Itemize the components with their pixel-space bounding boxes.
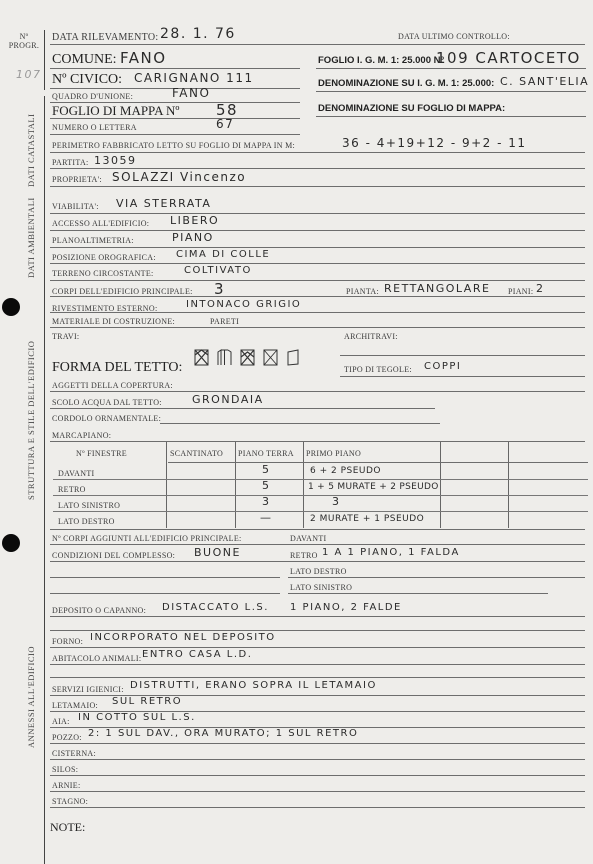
finestre-table: Nº FINESTRE SCANTINATO PIANO TERRA PRIMO… bbox=[48, 442, 588, 528]
divider bbox=[50, 630, 585, 631]
letamaio-label: LETAMAIO: bbox=[52, 701, 98, 710]
col-divider bbox=[508, 442, 509, 528]
forma-tetto-label: FORMA DEL TETTO: bbox=[52, 360, 182, 376]
table-row-label: RETRO bbox=[58, 485, 86, 494]
table-row-label: LATO DESTRO bbox=[58, 517, 115, 526]
divider bbox=[168, 462, 588, 463]
divider bbox=[160, 423, 440, 424]
divider bbox=[50, 152, 585, 153]
cisterna-label: CISTERNA: bbox=[52, 749, 96, 758]
posizione-label: POSIZIONE OROGRAFICA: bbox=[52, 253, 156, 262]
table-cell-primo-piano[interactable]: 3 bbox=[332, 495, 341, 508]
roof-pyramid-icon[interactable] bbox=[263, 349, 278, 366]
table-row-label: DAVANTI bbox=[58, 469, 94, 478]
data-rilevamento-label: DATA RILEVAMENTO: bbox=[52, 32, 158, 43]
table-header-piano-terra: PIANO TERRA bbox=[238, 449, 294, 458]
stagno-label: STAGNO: bbox=[52, 797, 88, 806]
divider bbox=[50, 616, 585, 617]
pozzo-value[interactable]: 2: 1 SUL DAV., ORA MURATO; 1 SUL RETRO bbox=[88, 728, 358, 739]
architravi-label: ARCHITRAVI: bbox=[344, 332, 398, 341]
comune-value[interactable]: FANO bbox=[120, 49, 167, 67]
divider bbox=[50, 647, 585, 648]
quadro-label: QUADRO D'UNIONE: bbox=[52, 92, 133, 101]
divider bbox=[50, 391, 585, 392]
tegole-value[interactable]: COPPI bbox=[424, 361, 461, 372]
divider bbox=[50, 44, 585, 45]
section-struttura: STRUTTURA E STILE DELL'EDIFICIO bbox=[26, 341, 36, 500]
partita-label: PARTITA: bbox=[52, 158, 89, 167]
aggiunti-retro-label: RETRO bbox=[290, 551, 318, 560]
pianta-label: PIANTA: bbox=[346, 287, 379, 296]
letamaio-value[interactable]: SUL RETRO bbox=[112, 696, 182, 707]
perimetro-value[interactable]: 36 - 4+19+12 - 9+2 - 11 bbox=[342, 136, 527, 150]
accesso-value[interactable]: LIBERO bbox=[170, 214, 219, 227]
col-divider bbox=[303, 442, 304, 528]
civico-label: Nº CIVICO: bbox=[52, 72, 122, 88]
divider bbox=[50, 327, 585, 328]
aia-value[interactable]: IN COTTO SUL L.S. bbox=[78, 712, 196, 723]
terreno-label: TERRENO CIRCOSTANTE: bbox=[52, 269, 154, 278]
forno-label: FORNO: bbox=[52, 637, 83, 646]
abitacolo-label: ABITACOLO ANIMALI: bbox=[52, 654, 141, 663]
punch-hole bbox=[2, 298, 20, 316]
forno-value[interactable]: INCORPORATO NEL DEPOSITO bbox=[90, 632, 276, 643]
divider bbox=[50, 743, 585, 744]
divider bbox=[50, 759, 585, 760]
divider bbox=[50, 213, 585, 214]
table-cell-piano-terra[interactable]: 3 bbox=[262, 495, 271, 508]
arnie-label: ARNIE: bbox=[52, 781, 80, 790]
cordolo-label: CORDOLO ORNAMENTALE: bbox=[52, 414, 161, 423]
divider bbox=[288, 593, 548, 594]
divider bbox=[316, 68, 586, 69]
divider bbox=[50, 561, 585, 562]
marcapiano-label: MARCAPIANO: bbox=[52, 431, 111, 440]
roof-hipped-crossed-icon[interactable] bbox=[194, 349, 209, 366]
aggiunti-lato-destro-label: LATO DESTRO bbox=[290, 567, 347, 576]
materiale-value: PARETI bbox=[210, 317, 239, 326]
travi-label: TRAVI: bbox=[52, 332, 79, 341]
scolo-value[interactable]: GRONDAIA bbox=[192, 393, 264, 406]
table-cell-piano-terra[interactable]: 5 bbox=[262, 479, 271, 492]
aggetti-label: AGGETTI DELLA COPERTURA: bbox=[52, 381, 173, 390]
roof-gable-icon[interactable] bbox=[217, 349, 232, 366]
pianta-value[interactable]: RETTANGOLARE bbox=[384, 282, 490, 295]
numero-value[interactable]: 67 bbox=[216, 117, 234, 131]
roof-pavilion-crossed-icon[interactable] bbox=[240, 349, 255, 366]
table-header-scantinato: SCANTINATO bbox=[170, 449, 223, 458]
divider bbox=[50, 529, 585, 530]
divider bbox=[50, 118, 300, 119]
aggiunti-retro-value[interactable]: 1 A 1 PIANO, 1 FALDA bbox=[322, 547, 460, 558]
civico-value[interactable]: CARIGNANO 111 bbox=[134, 71, 254, 85]
divider bbox=[50, 544, 585, 545]
divider bbox=[50, 677, 585, 678]
denom-mappa-label: DENOMINAZIONE SU FOGLIO DI MAPPA: bbox=[318, 103, 505, 114]
aia-label: AIA: bbox=[52, 717, 70, 726]
note-label: NOTE: bbox=[50, 820, 85, 835]
divider bbox=[316, 116, 586, 117]
perimetro-label: PERIMETRO FABBRICATO LETTO SU FOGLIO DI … bbox=[52, 141, 295, 150]
viabilita-value[interactable]: VIA STERRATA bbox=[116, 197, 211, 210]
foglio-igm-label: FOGLIO I. G. M. 1: 25.000 Nº bbox=[318, 55, 444, 66]
pozzo-label: POZZO: bbox=[52, 733, 82, 742]
aggiunti-davanti-label: DAVANTI bbox=[290, 534, 326, 543]
divider bbox=[340, 376, 585, 377]
survey-form-page: Nº PROGR. 107 DATA RILEVAMENTO: 28. 1. 7… bbox=[0, 0, 593, 864]
accesso-label: ACCESSO ALL'EDIFICIO: bbox=[52, 219, 149, 228]
foglio-mappa-label: FOGLIO DI MAPPA Nº bbox=[52, 103, 179, 119]
servizi-label: SERVIZI IGIENICI: bbox=[52, 685, 124, 694]
table-cell-piano-terra[interactable]: — bbox=[260, 511, 273, 524]
proprieta-label: PROPRIETA': bbox=[52, 175, 102, 184]
punch-hole bbox=[2, 534, 20, 552]
left-border bbox=[44, 96, 45, 864]
divider bbox=[316, 91, 586, 92]
piani-label: PIANI: bbox=[508, 287, 533, 296]
col-divider bbox=[235, 442, 236, 528]
deposito-value[interactable]: DISTACCATO L.S. bbox=[162, 602, 269, 613]
silos-label: SILOS: bbox=[52, 765, 78, 774]
denom-igm-label: DENOMINAZIONE SU I. G. M. 1: 25.000: bbox=[318, 78, 494, 89]
plano-value[interactable]: PIANO bbox=[172, 231, 214, 244]
divider bbox=[53, 495, 588, 496]
divider bbox=[50, 134, 300, 135]
abitacolo-value[interactable]: ENTRO CASA L.D. bbox=[142, 649, 252, 660]
corpi-aggiunti-label: Nº CORPI AGGIUNTI ALL'EDIFICIO PRINCIPAL… bbox=[52, 534, 242, 543]
divider bbox=[50, 593, 280, 594]
deposito-label: DEPOSITO o CAPANNO: bbox=[52, 606, 146, 615]
divider bbox=[340, 355, 585, 356]
partita-value[interactable]: 13059 bbox=[94, 154, 137, 167]
roof-shed-icon[interactable] bbox=[286, 349, 301, 366]
deposito-value-2[interactable]: 1 PIANO, 2 FALDE bbox=[290, 602, 402, 613]
divider bbox=[50, 168, 585, 169]
divider bbox=[50, 247, 585, 248]
condizioni-label: CONDIZIONI DEL COMPLESSO: bbox=[52, 551, 175, 560]
divider bbox=[288, 577, 585, 578]
divider bbox=[50, 408, 435, 409]
scolo-label: SCOLO ACQUA DAL TETTO: bbox=[52, 398, 162, 407]
left-border bbox=[44, 30, 45, 90]
quadro-value[interactable]: FANO bbox=[172, 86, 210, 100]
n-progr-label: Nº PROGR. bbox=[7, 32, 41, 50]
terreno-value[interactable]: COLTIVATO bbox=[184, 265, 252, 276]
divider bbox=[53, 511, 588, 512]
materiale-label: MATERIALE DI COSTRUZIONE: bbox=[52, 317, 175, 326]
divider bbox=[50, 230, 585, 231]
data-ultimo-controllo-label: DATA ULTIMO CONTROLLO: bbox=[398, 32, 510, 41]
divider bbox=[50, 577, 280, 578]
col-divider bbox=[440, 442, 441, 528]
denom-igm-value[interactable]: C. SANT'ELIA bbox=[500, 75, 589, 88]
table-cell-piano-terra[interactable]: 5 bbox=[262, 463, 271, 476]
data-rilevamento-value[interactable]: 28. 1. 76 bbox=[160, 26, 236, 42]
divider bbox=[50, 791, 585, 792]
piani-value[interactable]: 2 bbox=[536, 282, 545, 295]
corpi-label: CORPI DELL'EDIFICIO PRINCIPALE: bbox=[52, 287, 193, 296]
table-header-finestre: Nº FINESTRE bbox=[76, 449, 127, 458]
posizione-value[interactable]: CIMA DI COLLE bbox=[176, 249, 270, 260]
roof-shape-options bbox=[194, 347, 304, 366]
section-annessi: ANNESSI ALL'EDIFICIO bbox=[26, 646, 36, 748]
divider bbox=[50, 775, 585, 776]
divider bbox=[50, 280, 585, 281]
divider bbox=[53, 479, 588, 480]
table-cell-primo-piano[interactable]: 6 + 2 PSEUDO bbox=[310, 466, 381, 476]
section-dati-ambientali: DATI AMBIENTALI bbox=[26, 197, 36, 278]
tegole-label: TIPO DI TEGOLE: bbox=[344, 365, 412, 374]
proprieta-value[interactable]: SOLAZZI Vincenzo bbox=[112, 170, 246, 184]
aggiunti-lato-sinistro-label: LATO SINISTRO bbox=[290, 583, 352, 592]
rivestimento-value[interactable]: INTONACO GRIGIO bbox=[186, 299, 301, 310]
divider bbox=[50, 312, 585, 313]
comune-label: COMUNE: bbox=[52, 52, 117, 68]
numero-label: NUMERO o LETTERA bbox=[52, 123, 137, 132]
divider bbox=[50, 263, 585, 264]
plano-label: PLANOALTIMETRIA: bbox=[52, 236, 134, 245]
table-cell-primo-piano[interactable]: 2 MURATE + 1 PSEUDO bbox=[310, 514, 424, 524]
divider bbox=[50, 186, 585, 187]
col-divider bbox=[166, 442, 167, 528]
divider bbox=[50, 807, 585, 808]
divider bbox=[50, 296, 585, 297]
viabilita-label: VIABILITA': bbox=[52, 202, 99, 211]
table-cell-primo-piano[interactable]: 1 + 5 MURATE + 2 PSEUDO bbox=[308, 482, 439, 492]
divider bbox=[50, 664, 585, 665]
n-progr-value: 107 bbox=[16, 68, 42, 81]
table-row-label: LATO SINISTRO bbox=[58, 501, 120, 510]
divider bbox=[50, 68, 300, 69]
servizi-value[interactable]: DISTRUTTI, ERANO SOPRA IL LETAMAIO bbox=[130, 680, 377, 691]
table-header-primo-piano: PRIMO PIANO bbox=[306, 449, 361, 458]
foglio-igm-value[interactable]: 109 CARTOCETO bbox=[436, 49, 581, 67]
condizioni-value[interactable]: BUONE bbox=[194, 546, 241, 559]
section-dati-catastali: DATI CATASTALI bbox=[26, 114, 36, 187]
